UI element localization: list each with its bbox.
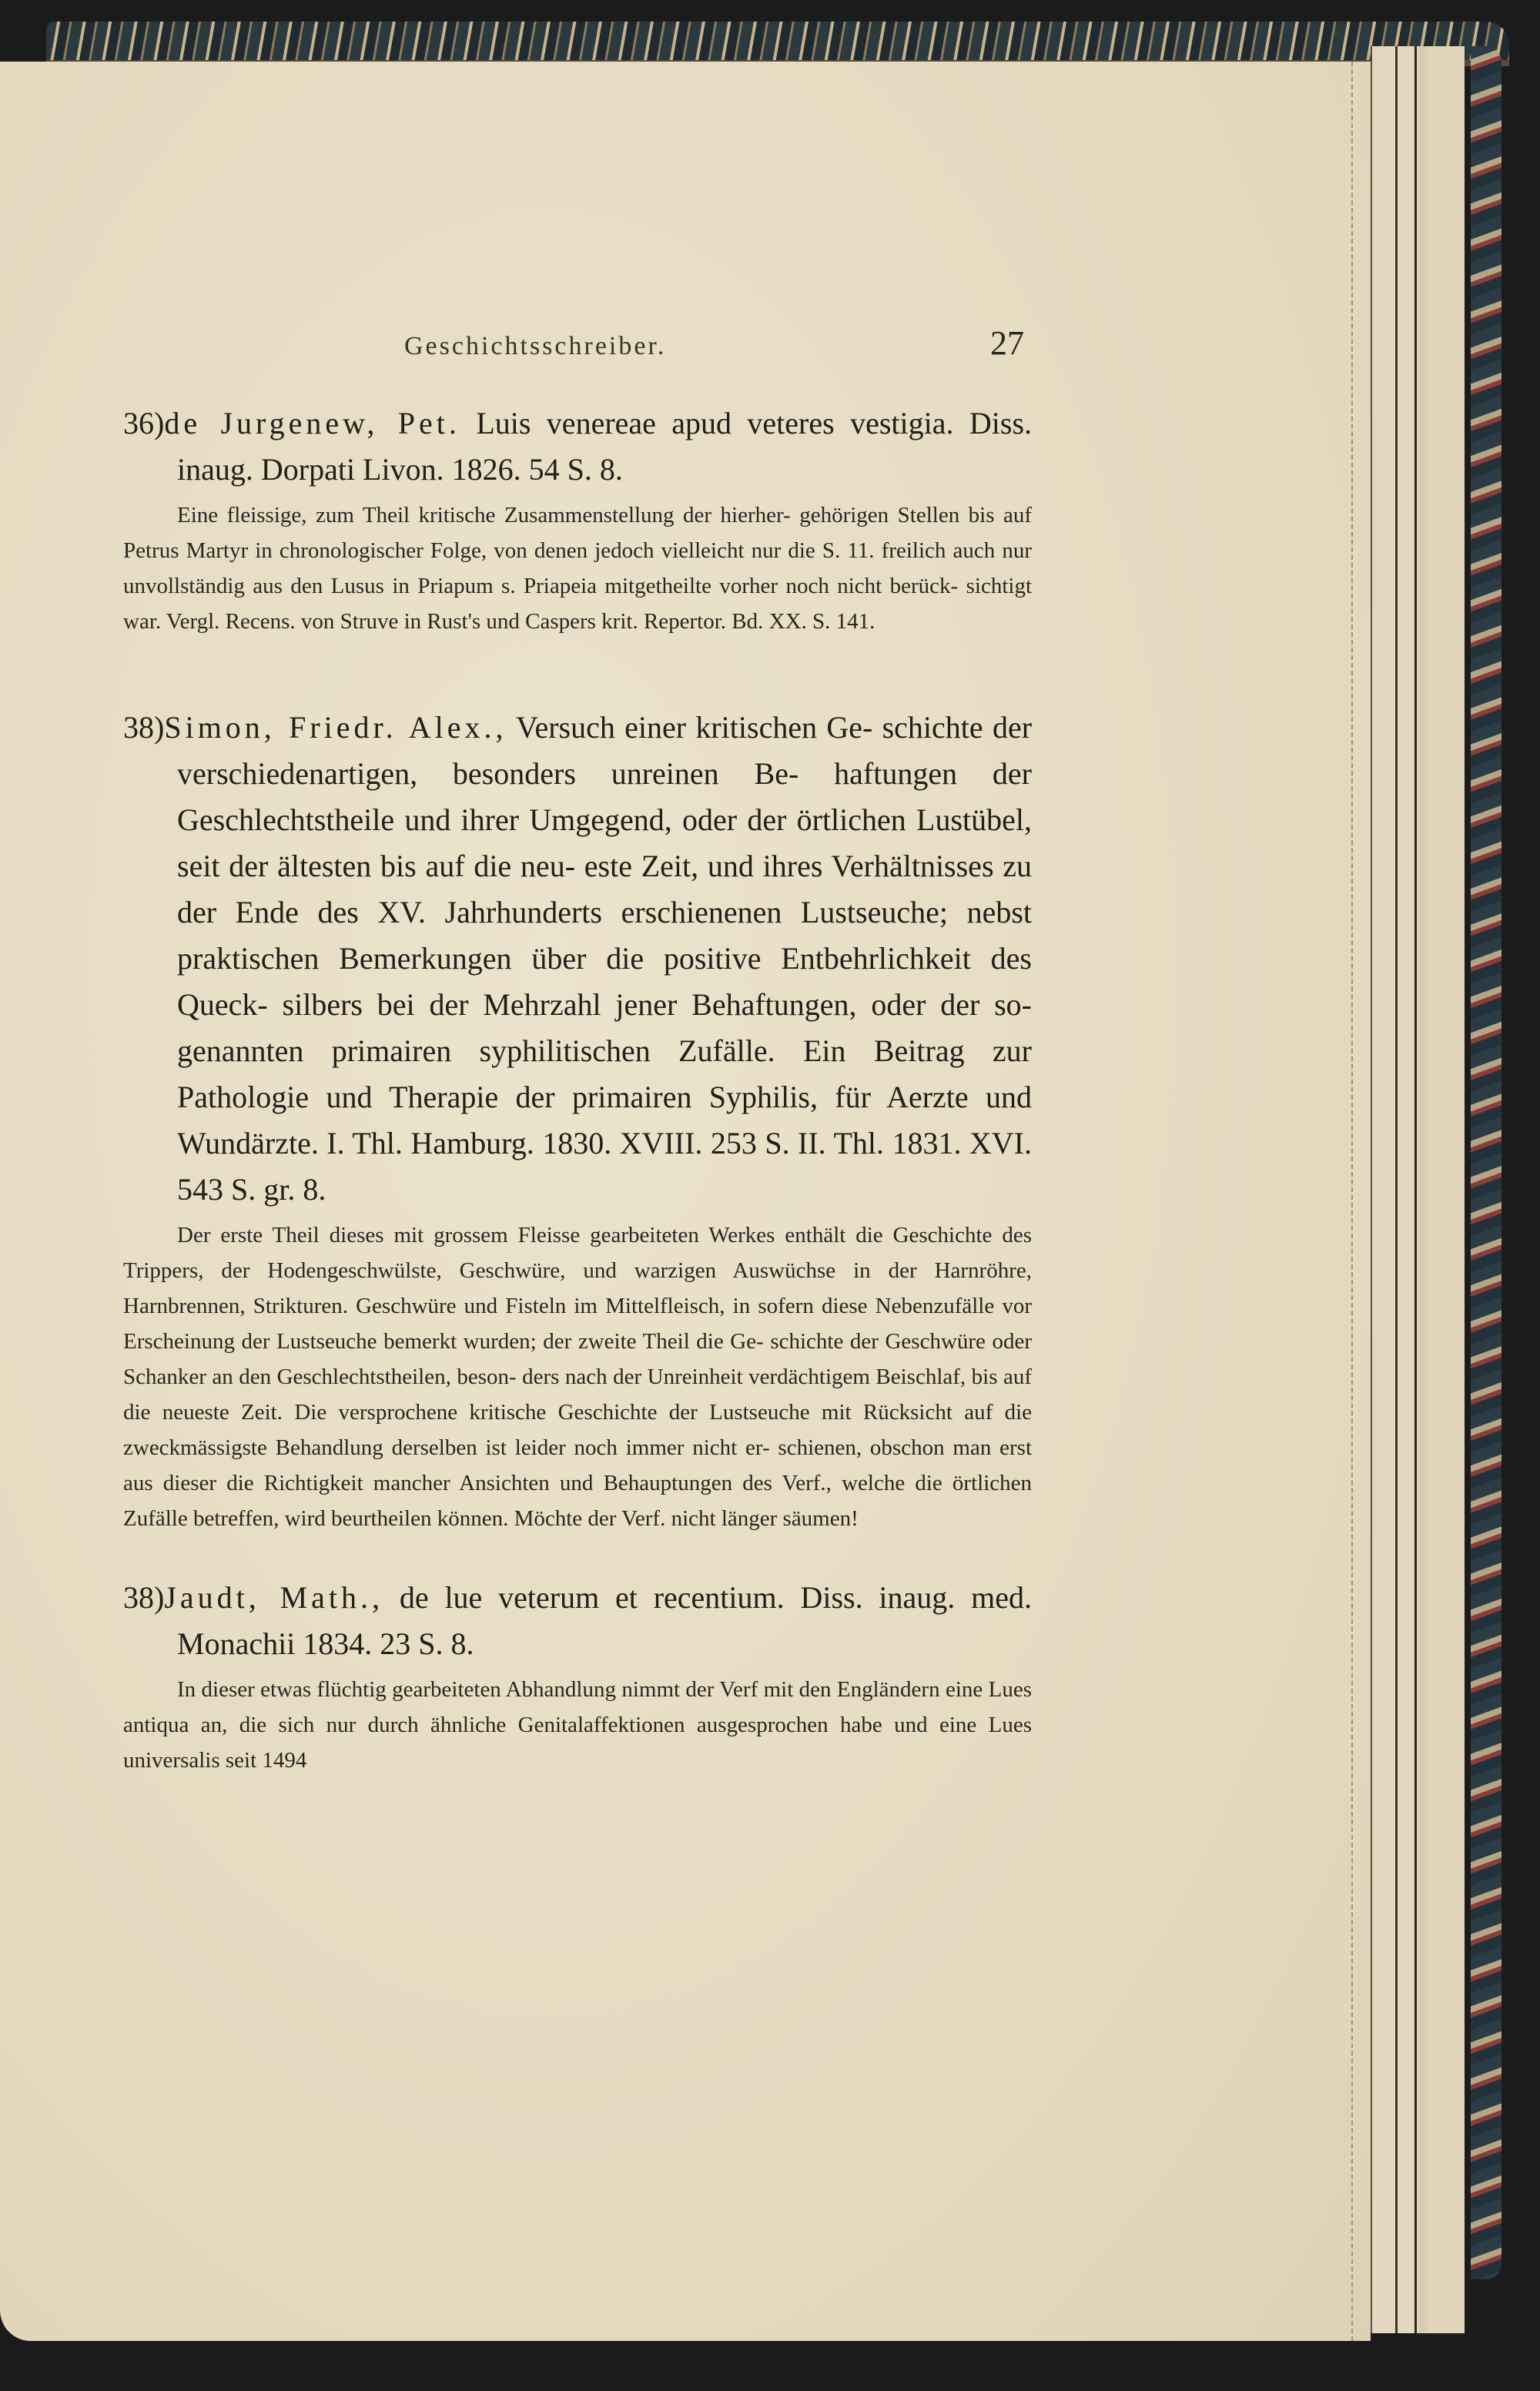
review-line: In dieser etwas flüchtig gearbeiteten Ab…	[177, 1677, 758, 1702]
book-binding-top	[46, 22, 1509, 66]
review-line: beurtheilen können. Möchte der Verf. nic…	[331, 1506, 859, 1531]
entry-title-line: genannten primairen syphilitischen Zufäl…	[177, 1033, 1032, 1068]
running-head-title: Geschichtsschreiber.	[404, 332, 666, 361]
review-line: den Lusus in Priapum s. Priapeia mitgeth…	[290, 574, 958, 598]
entry-citation: 36)de Jurgenew, Pet. Luis venereae apud …	[123, 400, 1032, 493]
running-head: Geschichtsschreiber. 27	[123, 323, 1032, 370]
review-line: Der erste Theil dieses mit grossem Fleis…	[177, 1223, 775, 1247]
entry-title-line: de lue veterum et recentium. Diss. inaug…	[400, 1580, 955, 1615]
bibliography-entry: 36)de Jurgenew, Pet. Luis venereae apud …	[123, 400, 1032, 639]
page-deckle-edge	[1351, 62, 1356, 2341]
bibliography-entry: 38)Simon, Friedr. Alex., Versuch einer k…	[123, 705, 1032, 1536]
entry-title-line: Versuch einer kritischen Ge-	[516, 710, 872, 745]
entry-author: de Jurgenew, Pet.	[164, 406, 460, 440]
page-text-block: Geschichtsschreiber. 27 36)de Jurgenew, …	[123, 323, 1032, 1778]
review-line: Die versprochene kritische Geschichte de…	[294, 1400, 993, 1425]
entry-review: Der erste Theil dieses mit grossem Fleis…	[123, 1217, 1032, 1536]
page-edges-stack	[1371, 46, 1465, 2333]
bibliography-entry: 38)Jaudt, Math., de lue veterum et recen…	[123, 1575, 1032, 1778]
entry-author: Jaudt, Math.,	[164, 1580, 383, 1615]
entry-citation: 38)Simon, Friedr. Alex., Versuch einer k…	[123, 705, 1032, 1213]
review-line: Eine fleissige, zum Theil kritische Zusa…	[177, 503, 791, 527]
entry-review: Eine fleissige, zum Theil kritische Zusa…	[123, 497, 1032, 639]
book-binding-spine	[1471, 46, 1501, 2279]
entry-title-line: Pathologie und Therapie der primairen Sy…	[177, 1080, 969, 1114]
review-line: krit. Repertor. Bd. XX. S. 141.	[601, 609, 875, 634]
entry-number: 36)	[123, 406, 164, 440]
entry-number: 38)	[123, 710, 164, 745]
entry-number: 38)	[123, 1580, 164, 1615]
entry-citation: 38)Jaudt, Math., de lue veterum et recen…	[123, 1575, 1032, 1667]
review-line: Erscheinung der Lustseuche bemerkt wurde…	[123, 1329, 764, 1354]
review-line: Geschwüre und Fisteln im Mittelfleisch, …	[356, 1294, 1032, 1318]
page-number: 27	[990, 323, 1024, 363]
entry-author: Simon, Friedr. Alex.,	[164, 710, 507, 745]
entry-review: In dieser etwas flüchtig gearbeiteten Ab…	[123, 1672, 1032, 1778]
entry-title-line: Luis venereae apud veteres vestigia.	[476, 406, 953, 440]
entry-title-line: silbers bei der Mehrzahl jener Behaftung…	[283, 987, 1032, 1022]
